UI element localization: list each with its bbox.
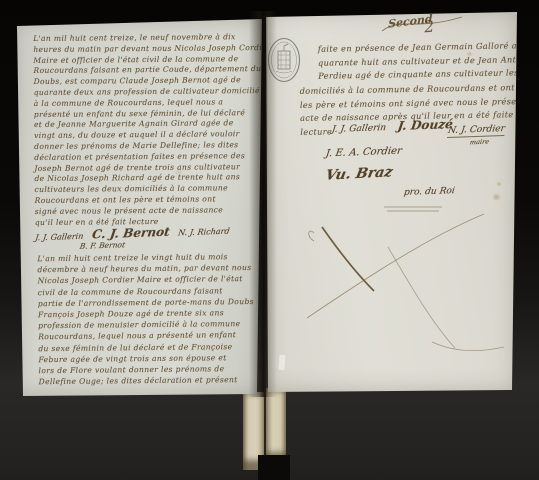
act-1-text: L'an mil huit cent treize, le neuf novem…: [33, 32, 263, 228]
binding-strap-right: [266, 388, 286, 460]
act-2-text: L'an mil huit cent treize le vingt huit …: [37, 251, 266, 388]
folio-flourish-stroke: [382, 17, 462, 31]
manuscript-line: du sexe féminin de lui déclaré et de Fra…: [38, 340, 266, 354]
page-edge-notch: [278, 355, 285, 370]
pen-strokes-overlay: [264, 11, 517, 392]
manuscript-line: Dellefine Ouge; les dites déclaration et…: [39, 374, 267, 388]
left-page: L'an mil huit cent treize, le neuf novem…: [14, 19, 262, 396]
manuscript-line: quarante deux ans profession de cultivat…: [34, 86, 262, 99]
pen-hook-stroke: [309, 231, 314, 241]
manuscript-line: Nicolas Joseph Cordier Maire et officier…: [38, 273, 266, 287]
signature-bernot: C. J. Bernot: [91, 225, 171, 242]
curve-stroke-faint: [388, 247, 455, 348]
cross-stroke-long: [307, 214, 484, 318]
archival-document-scan: L'an mil huit cent treize, le neuf novem…: [0, 0, 539, 480]
curve-stroke-bottom: [432, 342, 504, 351]
cross-stroke-bold: [322, 227, 374, 291]
signature-gallerin: J. J. Gallerin: [35, 232, 84, 243]
right-page: Second 2 faite en présence de Jean Germa…: [264, 11, 517, 392]
signature-bernot-small: B. F. Bernot: [79, 240, 126, 251]
signature-richard: N. J. Richard: [178, 227, 231, 238]
binding-strap-gap: [258, 455, 290, 480]
double-underline-stroke: [384, 207, 442, 211]
